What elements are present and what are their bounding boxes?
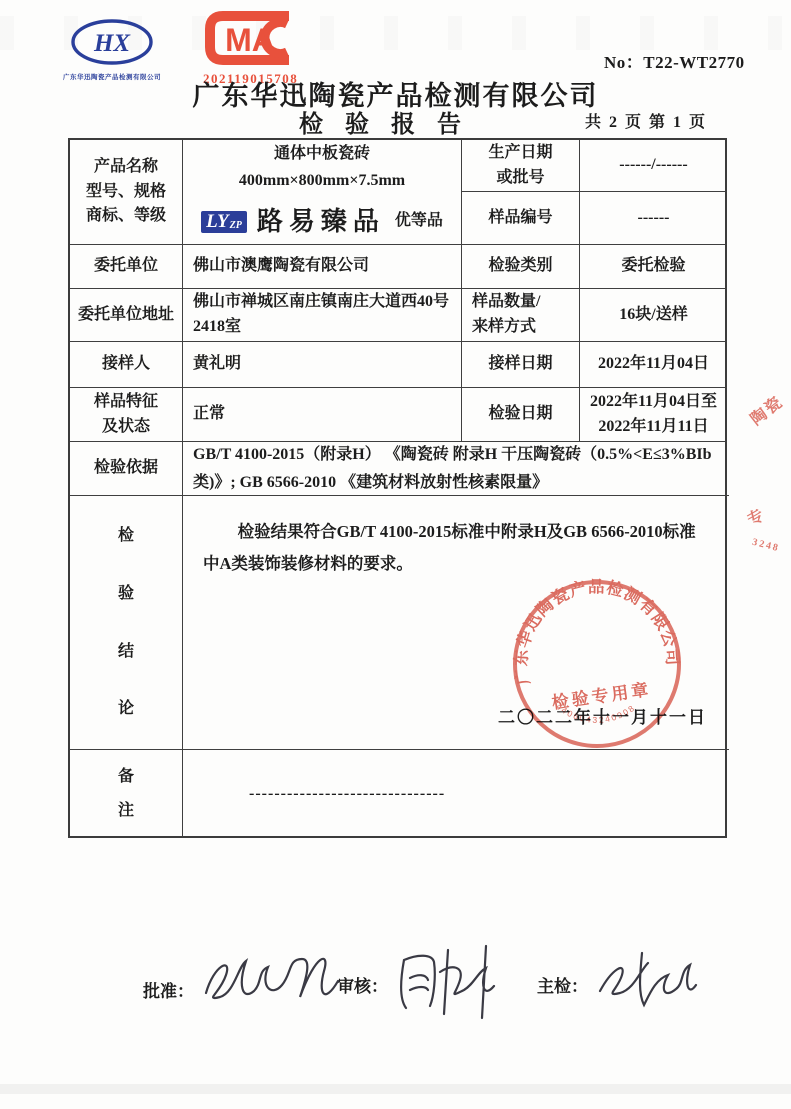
brand-line: LYZP 路易臻品 优等品 [201, 202, 443, 242]
lyzp-sub: ZP [230, 221, 242, 231]
sampler-label-cell: 接样人 [70, 342, 183, 388]
prod-date-label-cell: 生产日期 或批号 [462, 140, 580, 192]
svg-text:广东华迅陶瓷产品检测有限公司: 广东华迅陶瓷产品检测有限公司 [508, 575, 683, 689]
sample-state-value-cell: 正常 [183, 388, 462, 442]
lyzp-brand-icon: LYZP [201, 211, 247, 233]
test-date-label-cell: 检验日期 [462, 388, 580, 442]
test-date-value-cell: 2022年11月04日至 2022年11月11日 [580, 388, 727, 442]
basis-value-cell: GB/T 4100-2015（附录H） 《陶瓷砖 附录H 干压陶瓷砖（0.5%<… [183, 442, 729, 496]
client-address-value-cell: 佛山市禅城区南庄镇南庄大道西40号2418室 [183, 289, 462, 342]
svg-text:HX: HX [93, 30, 131, 57]
remark-label-cell: 备 注 [70, 750, 183, 838]
hx-lab-logo: HX 广东华迅陶瓷产品检测有限公司 [52, 18, 172, 81]
inspector-label: 主检： [537, 972, 588, 997]
test-type-label-cell: 检验类别 [462, 245, 580, 289]
svg-text:MA: MA [225, 22, 275, 58]
conclusion-label-cell: 检 验 结 论 [70, 496, 183, 750]
seal-company-text: 广东华迅陶瓷产品检测有限公司 [508, 575, 683, 689]
conclusion-text: 检验结果符合GB/T 4100-2015标准中附录H及GB 6566-2010标… [203, 516, 705, 580]
report-page: HX 广东华迅陶瓷产品检测有限公司 MA 202119015708 No：T22… [0, 0, 791, 1109]
test-type-value-cell: 委托检验 [580, 245, 727, 289]
prod-date-value-cell: ------/------ [580, 140, 727, 192]
product-value-cell: 通体中板瓷砖 400mm×800mm×7.5mm LYZP 路易臻品 优等品 [183, 140, 462, 245]
client-label-cell: 委托单位 [70, 245, 183, 289]
basis-label-cell: 检验依据 [70, 442, 183, 496]
sample-qty-label-cell: 样品数量/ 来样方式 [462, 289, 580, 342]
review-label: 审核： [337, 972, 388, 997]
grade-label: 优等品 [395, 209, 443, 234]
product-name: 通体中板瓷砖 [274, 142, 370, 167]
scan-artifact-bottom [0, 1084, 791, 1094]
edge-seal-digits: 3248 [751, 537, 781, 554]
receive-date-value-cell: 2022年11月04日 [580, 342, 727, 388]
hx-oval-icon: HX [70, 18, 154, 66]
sample-no-value-cell: ------ [580, 192, 727, 245]
edge-seal-fragment-top: 陶瓷 [745, 389, 788, 429]
approve-label: 批准： [143, 977, 194, 1002]
product-spec: 400mm×800mm×7.5mm [239, 169, 405, 194]
receive-date-label-cell: 接样日期 [462, 342, 580, 388]
client-address-label-cell: 委托单位地址 [70, 289, 183, 342]
report-title: 检验报告 [250, 104, 510, 139]
sampler-value-cell: 黄礼明 [183, 342, 462, 388]
brand-name: 路易臻品 [257, 202, 385, 242]
sample-qty-value-cell: 16块/送样 [580, 289, 727, 342]
lyzp-main: LY [206, 212, 229, 231]
sample-state-label-cell: 样品特征 及状态 [70, 388, 183, 442]
reviewer-signature [390, 938, 510, 1028]
cma-icon: MA [203, 10, 307, 68]
edge-seal-fragment-bottom: 专 [742, 503, 767, 531]
approver-signature [192, 945, 342, 1025]
page-count: 共 2 页 第 1 页 [585, 109, 707, 132]
remark-value-cell: ------------------------------- [183, 750, 729, 838]
inspection-seal: 广东华迅陶瓷产品检测有限公司 检验专用章 4406043240908 [508, 575, 686, 753]
client-value-cell: 佛山市澳鹰陶瓷有限公司 [183, 245, 462, 289]
report-number: No：T22-WT2770 [604, 48, 745, 73]
product-label-cell: 产品名称 型号、规格 商标、等级 [70, 140, 183, 245]
inspector-signature [590, 945, 700, 1020]
sample-no-label-cell: 样品编号 [462, 192, 580, 245]
